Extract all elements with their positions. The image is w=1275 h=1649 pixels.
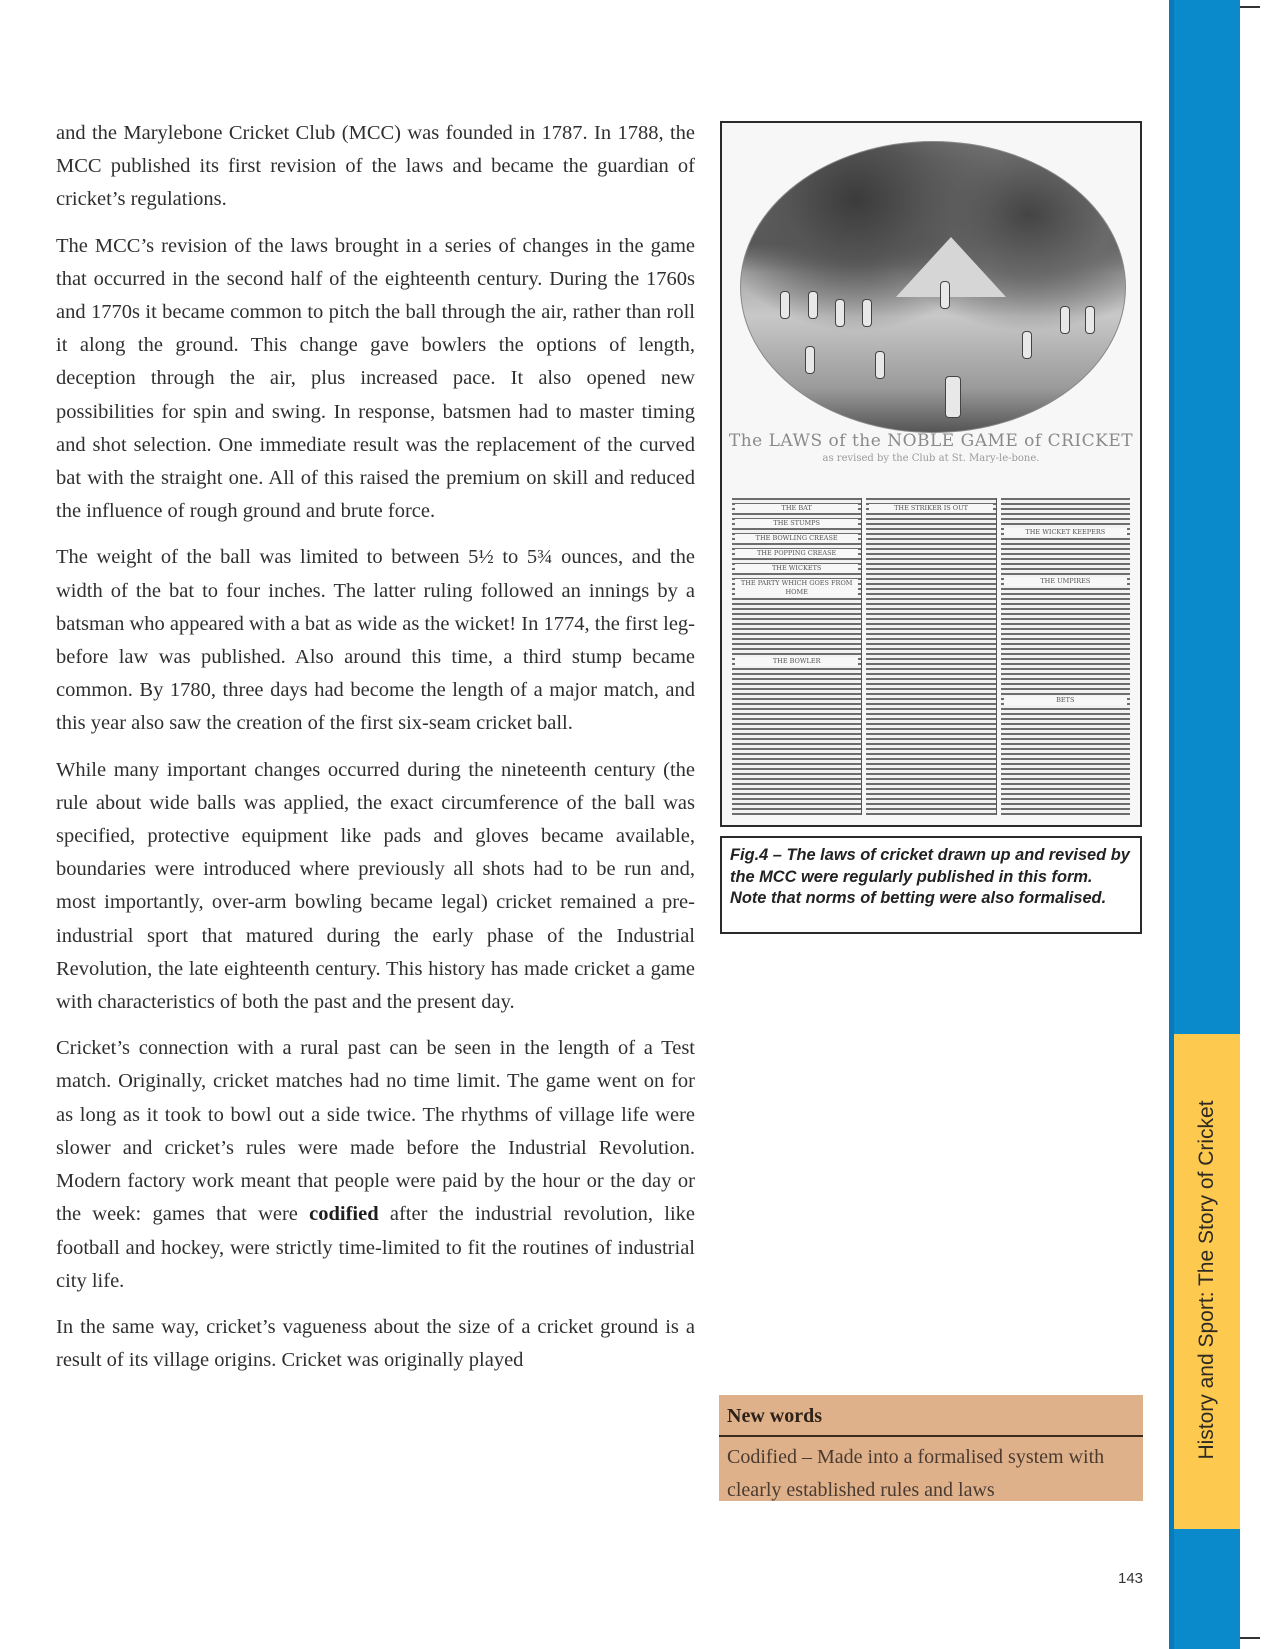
player-figure bbox=[1061, 307, 1069, 333]
player-figure bbox=[806, 347, 814, 373]
player-figure bbox=[876, 352, 884, 378]
paragraph-ball-bat-limits: The weight of the ball was limited to be… bbox=[56, 541, 695, 740]
pavilion-tent-shape bbox=[896, 237, 1006, 297]
figure-caption: Fig.4 – The laws of cricket drawn up and… bbox=[720, 836, 1142, 934]
laws-column: THE BAT THE STUMPS THE BOWLING CREASE TH… bbox=[732, 498, 862, 815]
crop-mark bbox=[1240, 1637, 1260, 1639]
law-heading: BETS bbox=[1004, 696, 1127, 705]
player-figure bbox=[946, 377, 960, 417]
law-heading: THE BOWLING CREASE bbox=[735, 534, 858, 543]
new-words-box: New words Codified – Made into a formali… bbox=[719, 1395, 1143, 1501]
laws-text-columns: THE BAT THE STUMPS THE BOWLING CREASE TH… bbox=[732, 498, 1130, 815]
laws-column: THE STRIKER IS OUT bbox=[866, 498, 996, 815]
main-text-column: and the Marylebone Cricket Club (MCC) wa… bbox=[56, 117, 695, 1390]
law-heading: THE UMPIRES bbox=[1004, 577, 1127, 586]
player-figure bbox=[863, 300, 871, 326]
player-figure bbox=[836, 300, 844, 326]
new-words-heading: New words bbox=[719, 1395, 1143, 1437]
player-figure bbox=[1086, 307, 1094, 333]
paragraph-rural-past: Cricket’s connection with a rural past c… bbox=[56, 1032, 695, 1298]
laws-column: THE WICKET KEEPERS THE UMPIRES BETS bbox=[1001, 498, 1130, 815]
new-words-definition: Codified – Made into a formalised system… bbox=[719, 1437, 1143, 1507]
law-heading: THE WICKETS bbox=[735, 564, 858, 573]
player-figure bbox=[1023, 332, 1031, 358]
page-number: 143 bbox=[1118, 1570, 1143, 1587]
law-heading: THE BOWLER bbox=[735, 657, 858, 666]
figure-laws-of-cricket-image: The LAWS of the NOBLE GAME of CRICKET as… bbox=[720, 121, 1142, 827]
paragraph-nineteenth-century: While many important changes occurred du… bbox=[56, 754, 695, 1020]
engraving-subtitle: as revised by the Club at St. Mary-le-bo… bbox=[722, 453, 1140, 464]
player-figure bbox=[781, 292, 789, 318]
paragraph-law-revisions: The MCC’s revision of the laws brought i… bbox=[56, 230, 695, 529]
law-heading: THE POPPING CREASE bbox=[735, 549, 858, 558]
law-heading: THE BAT bbox=[735, 504, 858, 513]
chapter-title-vertical: History and Sport: The Story of Cricket bbox=[1195, 1100, 1219, 1459]
keyword-codified: codified bbox=[309, 1203, 378, 1225]
law-heading: THE PARTY WHICH GOES FROM HOME bbox=[735, 579, 858, 597]
law-heading: THE WICKET KEEPERS bbox=[1004, 528, 1127, 537]
paragraph-ground-size: In the same way, cricket’s vagueness abo… bbox=[56, 1311, 695, 1377]
text-span: Cricket’s connection with a rural past c… bbox=[56, 1037, 695, 1225]
paragraph-mcc-founding: and the Marylebone Cricket Club (MCC) wa… bbox=[56, 117, 695, 217]
law-heading: THE STUMPS bbox=[735, 519, 858, 528]
cricket-match-engraving bbox=[740, 141, 1126, 433]
law-heading: THE STRIKER IS OUT bbox=[869, 504, 992, 513]
crop-mark bbox=[1240, 6, 1260, 8]
player-figure bbox=[809, 292, 817, 318]
engraving-title: The LAWS of the NOBLE GAME of CRICKET bbox=[722, 431, 1140, 451]
player-figure bbox=[941, 282, 949, 308]
